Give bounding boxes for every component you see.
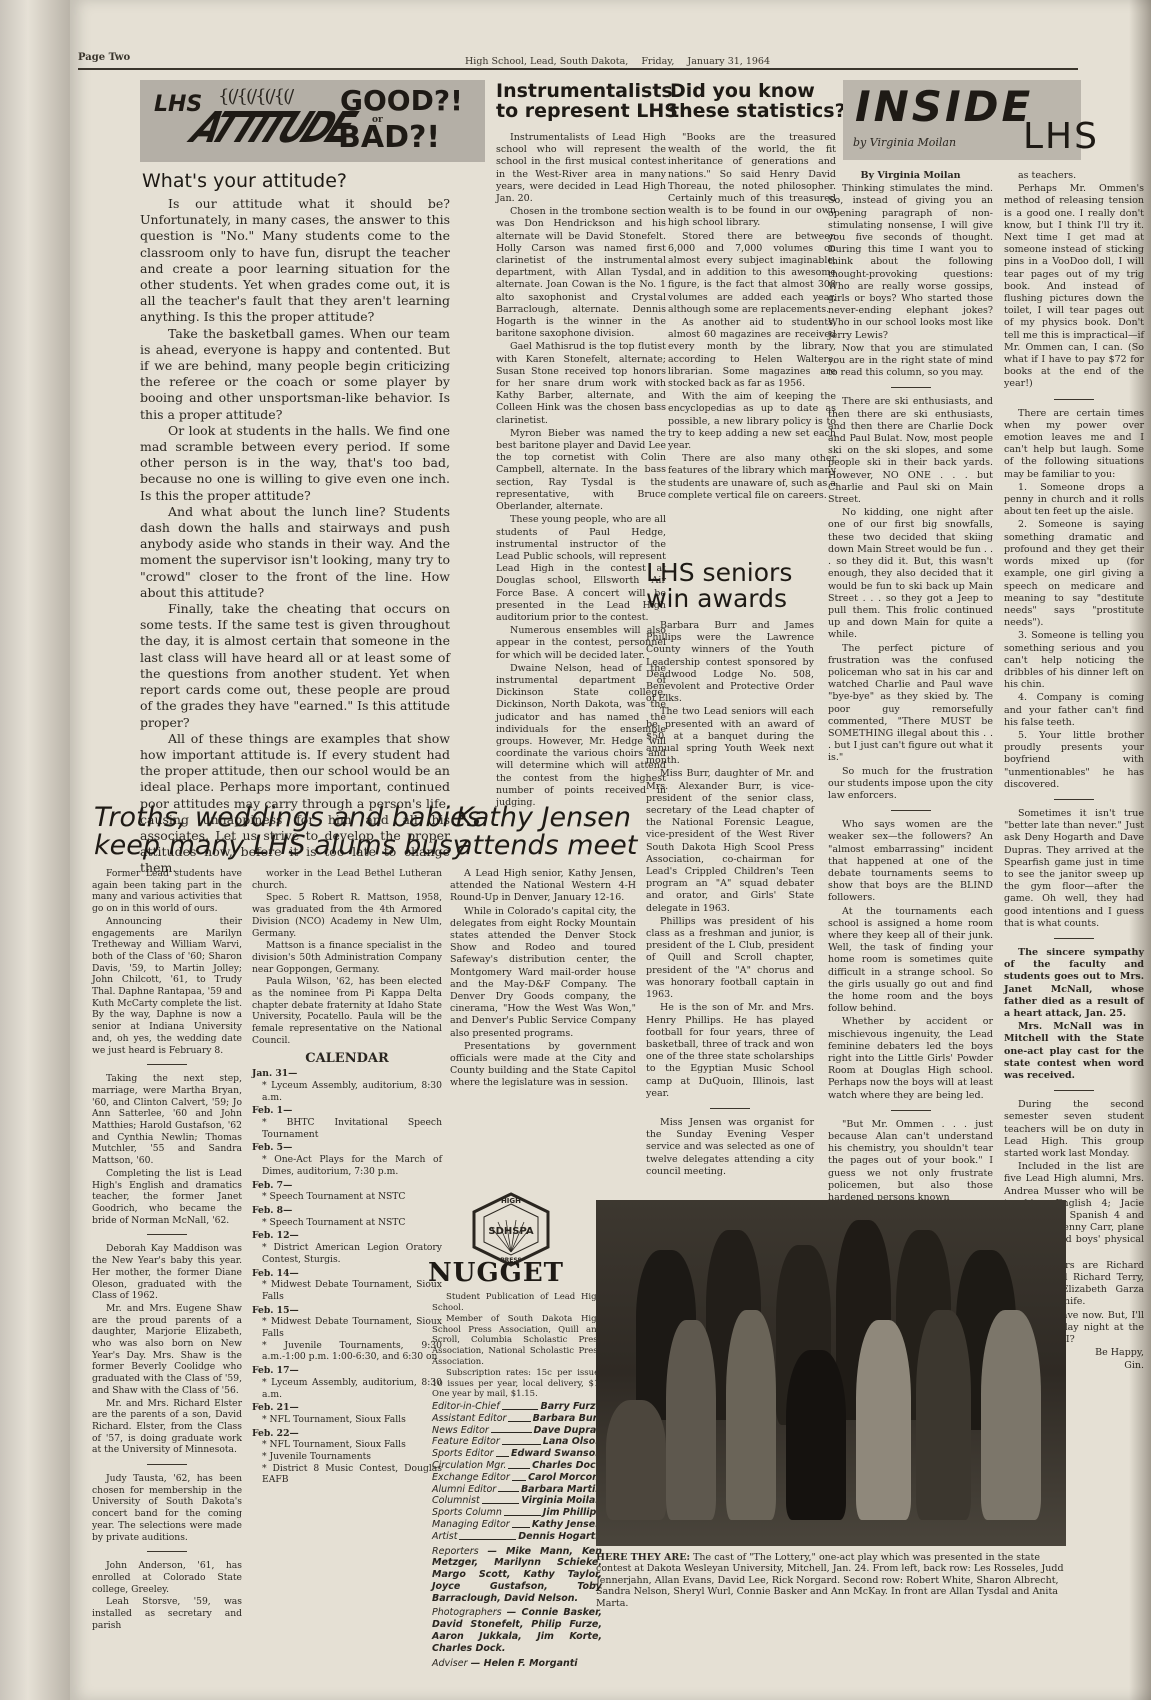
paragraph: Gael Mathisrud is the top flutist with K… bbox=[496, 341, 666, 426]
paragraph: Stored there are between 6,000 and 7,000… bbox=[668, 231, 836, 316]
staff-row: Assistant EditorBarbara Burr bbox=[432, 1413, 602, 1425]
nugget-info: Subscription rates: 15c per issue; 10 is… bbox=[432, 1368, 602, 1400]
calendar-event: * Speech Tournament at NSTC bbox=[252, 1191, 442, 1203]
calendar-entry: Feb. 22—* NFL Tournament, Sioux Falls* J… bbox=[252, 1428, 442, 1487]
calendar-event: * Lyceum Assembly, auditorium, 8:30 a.m. bbox=[252, 1377, 442, 1400]
paragraph: No kidding, one night after one of our f… bbox=[828, 507, 993, 641]
paragraph: 3. Someone is telling you something seri… bbox=[1004, 630, 1144, 691]
divider bbox=[1054, 938, 1094, 939]
calendar-entry: Feb. 21—* NFL Tournament, Sioux Falls bbox=[252, 1402, 442, 1425]
divider bbox=[891, 387, 931, 388]
paragraph: Perhaps Mr. Ommen's method of releasing … bbox=[1004, 183, 1144, 390]
paragraph: 2. Someone is saying something dramatic … bbox=[1004, 519, 1144, 629]
calendar-date: Feb. 21— bbox=[252, 1402, 442, 1414]
staff-photographers: Photographers — Connie Basker, David Sto… bbox=[432, 1607, 602, 1654]
divider bbox=[147, 1064, 187, 1065]
attitude-article-body: Is our attitude what it should be? Unfor… bbox=[140, 196, 450, 877]
publication-date: January 31, 1964 bbox=[687, 56, 770, 67]
banner-lhs: LHS bbox=[154, 92, 202, 117]
banner-good: GOOD?! bbox=[340, 84, 463, 117]
calendar-event: * NFL Tournament, Sioux Falls bbox=[252, 1439, 442, 1451]
calendar-entry: Feb. 14—* Midwest Debate Tournament, Sio… bbox=[252, 1268, 442, 1303]
attitude-banner: LHS {(/{(/{(/{(/ ATTITUDE GOOD?! or BAD?… bbox=[140, 80, 485, 162]
inside-title-lhs: LHS bbox=[1023, 116, 1099, 157]
divider bbox=[1054, 1090, 1094, 1091]
attitude-headline: What's your attitude? bbox=[142, 170, 347, 192]
calendar-entry: Feb. 7—* Speech Tournament at NSTC bbox=[252, 1180, 442, 1203]
paragraph: "Books are the treasured wealth of the w… bbox=[668, 132, 836, 230]
calendar-event: * Juvenile Tournaments, 9:30 a.m.-1:00 p… bbox=[252, 1340, 442, 1363]
calendar-date: Feb. 14— bbox=[252, 1268, 442, 1280]
publication-name: High School, Lead, South Dakota, bbox=[465, 56, 628, 67]
paragraph: As another aid to students, almost 60 ma… bbox=[668, 317, 836, 390]
paragraph: Instrumentalists of Lead High school who… bbox=[496, 132, 666, 205]
paragraph: Miss Burr, daughter of Mr. and Mrs. Alex… bbox=[646, 768, 814, 914]
headline-line: these statistics? bbox=[670, 102, 846, 122]
paragraph: Announcing their engagements are Marilyn… bbox=[92, 916, 242, 1056]
divider bbox=[710, 1108, 750, 1109]
staff-reporters: Reporters — Mike Mann, Ken Metzger, Mari… bbox=[432, 1546, 602, 1605]
photo-caption: HERE THEY ARE: The cast of "The Lottery,… bbox=[596, 1552, 1076, 1609]
paragraph: Take the basketball games. When our team… bbox=[140, 326, 450, 423]
calendar-date: Feb. 15— bbox=[252, 1305, 442, 1317]
headline-line: Kathy Jensen bbox=[456, 804, 637, 832]
paragraph: At the tournaments each school is assign… bbox=[828, 906, 993, 1016]
caption-lead: HERE THEY ARE: bbox=[596, 1552, 690, 1563]
headline-line: LHS seniors bbox=[646, 560, 792, 586]
paragraph: John Anderson, '61, has enrolled at Colo… bbox=[92, 1560, 242, 1595]
inside-lhs-banner: INSIDE by Virginia Moilan LHS bbox=[843, 80, 1081, 160]
calendar-event: * NFL Tournament, Sioux Falls bbox=[252, 1414, 442, 1426]
divider bbox=[1054, 799, 1094, 800]
calendar-date: Feb. 17— bbox=[252, 1365, 442, 1377]
staff-row: Sports EditorEdward Swanson bbox=[432, 1448, 602, 1460]
troths-headline: Troths, weddings and babies keep many LH… bbox=[94, 804, 481, 861]
paragraph: as teachers. bbox=[1004, 170, 1144, 182]
paragraph: Dwaine Nelson, head of the instrumental … bbox=[496, 663, 666, 809]
divider bbox=[147, 1234, 187, 1235]
paragraph: 5. Your little brother proudly presents … bbox=[1004, 730, 1144, 791]
staff-row: Alumni EditorBarbara Martin bbox=[432, 1484, 602, 1496]
calendar-entry: Feb. 15—* Midwest Debate Tournament, Sio… bbox=[252, 1305, 442, 1364]
paragraph: A Lead High senior, Kathy Jensen, attend… bbox=[450, 868, 636, 905]
paragraph: Phillips was president of his class as a… bbox=[646, 916, 814, 1001]
byline: By Virginia Moilan bbox=[828, 170, 993, 182]
paragraph: Mrs. McNall was in Mitchell with the Sta… bbox=[1004, 1021, 1144, 1082]
staff-row: ColumnistVirginia Moilan bbox=[432, 1495, 602, 1507]
calendar-date: Feb. 12— bbox=[252, 1230, 442, 1242]
paragraph: Is our attitude what it should be? Unfor… bbox=[140, 196, 450, 326]
svg-text:HIGH: HIGH bbox=[501, 1197, 521, 1205]
calendar-event: * Speech Tournament at NSTC bbox=[252, 1217, 442, 1229]
calendar-event: * District American Legion Oratory Conte… bbox=[252, 1242, 442, 1265]
paragraph: Mr. and Mrs. Richard Elster are the pare… bbox=[92, 1398, 242, 1457]
staff-row: Feature EditorLana Olson bbox=[432, 1436, 602, 1448]
paragraph: Whether by accident or mischievous ingen… bbox=[828, 1016, 993, 1101]
paragraph: "But Mr. Ommen . . . just because Alan c… bbox=[828, 1119, 993, 1204]
seniors-article-body: Barbara Burr and James Phillips were the… bbox=[646, 620, 814, 1179]
paragraph: Mattson is a finance specialist in the d… bbox=[252, 940, 442, 975]
staff-row: Editor-in-ChiefBarry Furze bbox=[432, 1401, 602, 1413]
divider bbox=[891, 810, 931, 811]
paragraph: Miss Jensen was organist for the Sunday … bbox=[646, 1117, 814, 1178]
paragraph: So much for the frustration our students… bbox=[828, 766, 993, 803]
kathy-jensen-article-body: A Lead High senior, Kathy Jensen, attend… bbox=[450, 868, 636, 1091]
seniors-headline: LHS seniors win awards bbox=[646, 560, 792, 613]
svg-text:SDHSPA: SDHSPA bbox=[488, 1226, 533, 1237]
nugget-title: NUGGET bbox=[428, 1258, 564, 1288]
divider bbox=[891, 1110, 931, 1111]
paragraph: These young people, who are all students… bbox=[496, 514, 666, 624]
paragraph: Thinking stimulates the mind. So, instea… bbox=[828, 183, 993, 342]
paragraph: While in Colorado's capital city, the de… bbox=[450, 906, 636, 1040]
paragraph: Completing the list is Lead High's Engli… bbox=[92, 1168, 242, 1227]
paragraph: Who says women are the weaker sex—the fo… bbox=[828, 819, 993, 904]
headline-line: to represent LHS bbox=[496, 102, 678, 122]
paragraph: Taking the next step, marriage, were Mar… bbox=[92, 1073, 242, 1167]
calendar-entry: Feb. 1—* BHTC Invitational Speech Tourna… bbox=[252, 1105, 442, 1140]
calendar: Jan. 31—* Lyceum Assembly, auditorium, 8… bbox=[252, 1068, 442, 1486]
calendar-entry: Feb. 5—* One-Act Plays for the March of … bbox=[252, 1142, 442, 1177]
instrumentalists-article-body: Instrumentalists of Lead High school who… bbox=[496, 132, 666, 810]
statistics-article-body: "Books are the treasured wealth of the w… bbox=[668, 132, 836, 503]
calendar-date: Feb. 8— bbox=[252, 1205, 442, 1217]
staff-row: Exchange EditorCarol Morcom bbox=[432, 1472, 602, 1484]
paragraph: The sincere sympathy of the faculty and … bbox=[1004, 947, 1144, 1020]
paragraph: Leah Storsve, '59, was installed as secr… bbox=[92, 1596, 242, 1631]
paragraph: 1. Someone drops a penny in church and i… bbox=[1004, 482, 1144, 519]
calendar-title: CALENDAR bbox=[252, 1053, 442, 1065]
press-association-seal-icon: HIGH SDHSPA PRESS bbox=[466, 1192, 556, 1267]
staff-row: ArtistDennis Hogarth bbox=[432, 1531, 602, 1543]
paragraph: The perfect picture of frustration was t… bbox=[828, 643, 993, 765]
calendar-entry: Jan. 31—* Lyceum Assembly, auditorium, 8… bbox=[252, 1068, 442, 1103]
paragraph: Presentations by government officials we… bbox=[450, 1041, 636, 1090]
calendar-entry: Feb. 8—* Speech Tournament at NSTC bbox=[252, 1205, 442, 1228]
inside-lhs-col2: as teachers. Perhaps Mr. Ommen's method … bbox=[1004, 170, 1144, 1374]
paragraph: worker in the Lead Bethel Lutheran churc… bbox=[252, 868, 442, 891]
cast-photo bbox=[596, 1200, 1066, 1546]
masthead: Page Two High School, Lead, South Dakota… bbox=[78, 50, 1078, 70]
calendar-entry: Feb. 12—* District American Legion Orato… bbox=[252, 1230, 442, 1265]
headline-line: win awards bbox=[646, 586, 792, 612]
staff-adviser: Adviser — Helen F. Morganti bbox=[432, 1658, 602, 1670]
calendar-event: * Lyceum Assembly, auditorium, 8:30 a.m. bbox=[252, 1080, 442, 1103]
headline-line: keep many LHS alums busy bbox=[94, 832, 481, 860]
nugget-info: Member of South Dakota High School Press… bbox=[432, 1314, 602, 1367]
paragraph: Or look at students in the halls. We fin… bbox=[140, 423, 450, 504]
headline-line: Troths, weddings and babies bbox=[94, 804, 481, 832]
calendar-entry: Feb. 17—* Lyceum Assembly, auditorium, 8… bbox=[252, 1365, 442, 1400]
calendar-event: * Midwest Debate Tournament, Sioux Falls bbox=[252, 1279, 442, 1302]
paragraph: Judy Tausta, '62, has been chosen for me… bbox=[92, 1473, 242, 1543]
staff-row: Sports ColumnJim Phillips bbox=[432, 1507, 602, 1519]
inside-lhs-col1: By Virginia Moilan Thinking stimulates t… bbox=[828, 170, 993, 1205]
paragraph: Numerous ensembles will also appear in t… bbox=[496, 625, 666, 662]
paragraph: Former Lead students have again been tak… bbox=[92, 868, 242, 915]
paragraph: The two Lead seniors will each be presen… bbox=[646, 706, 814, 767]
calendar-date: Feb. 7— bbox=[252, 1180, 442, 1192]
instrumentalists-headline: Instrumentalists to represent LHS bbox=[496, 82, 678, 122]
headline-line: Instrumentalists bbox=[496, 82, 678, 102]
paragraph: Spec. 5 Robert R. Mattson, 1958, was gra… bbox=[252, 892, 442, 939]
page-edge bbox=[0, 0, 70, 1700]
paragraph: With the aim of keeping the encyclopedia… bbox=[668, 391, 836, 452]
divider bbox=[147, 1464, 187, 1465]
nugget-info: Student Publication of Lead High School. bbox=[432, 1292, 602, 1313]
statistics-headline: Did you know these statistics? bbox=[670, 82, 846, 122]
paragraph: He is the son of Mr. and Mrs. Henry Phil… bbox=[646, 1002, 814, 1100]
kathy-jensen-headline: Kathy Jensen attends meet bbox=[456, 804, 637, 861]
page-number: Page Two bbox=[78, 52, 130, 63]
troths-col2: worker in the Lead Bethel Lutheran churc… bbox=[252, 868, 442, 1486]
paragraph: During the second semester seven student… bbox=[1004, 1099, 1144, 1160]
paragraph: There are ski enthusiasts, and then ther… bbox=[828, 396, 993, 506]
calendar-event: * BHTC Invitational Speech Tournament bbox=[252, 1117, 442, 1140]
staff-row: News EditorDave Dupras bbox=[432, 1425, 602, 1437]
page-fold-shadow bbox=[1129, 0, 1151, 1700]
banner-bad: BAD?! bbox=[338, 120, 440, 155]
paragraph: Chosen in the trombone section was Don H… bbox=[496, 206, 666, 340]
calendar-date: Jan. 31— bbox=[252, 1068, 442, 1080]
headline-line: attends meet bbox=[456, 832, 637, 860]
divider bbox=[147, 1551, 187, 1552]
paragraph: There are also many other features of th… bbox=[668, 453, 836, 502]
divider bbox=[1054, 399, 1094, 400]
publication-day: Friday, bbox=[641, 56, 674, 67]
calendar-event: * Midwest Debate Tournament, Sioux Falls bbox=[252, 1316, 442, 1339]
paragraph: Sometimes it isn't true "better late tha… bbox=[1004, 808, 1144, 930]
calendar-event: * One-Act Plays for the March of Dimes, … bbox=[252, 1154, 442, 1177]
inside-title: INSIDE bbox=[855, 82, 1033, 131]
calendar-event: * Juvenile Tournaments bbox=[252, 1451, 442, 1463]
staff-row: Circulation Mgr.Charles Dock bbox=[432, 1460, 602, 1472]
paragraph: There are certain times when my power ov… bbox=[1004, 408, 1144, 481]
paragraph: Deborah Kay Maddison was the New Year's … bbox=[92, 1243, 242, 1302]
calendar-event: * District 8 Music Contest, Douglas EAFB bbox=[252, 1463, 442, 1486]
staff-row: Managing EditorKathy Jensen bbox=[432, 1519, 602, 1531]
paragraph: Finally, take the cheating that occurs o… bbox=[140, 601, 450, 731]
publication-line: High School, Lead, South Dakota, Friday,… bbox=[465, 56, 780, 67]
paragraph: 4. Company is coming and your father can… bbox=[1004, 692, 1144, 729]
banner-attitude-word: ATTITUDE bbox=[183, 103, 359, 153]
paragraph: Paula Wilson, '62, has been elected as t… bbox=[252, 976, 442, 1046]
paragraph: Mr. and Mrs. Eugene Shaw are the proud p… bbox=[92, 1303, 242, 1397]
paragraph: Now that you are stimulated you are in t… bbox=[828, 343, 993, 380]
paragraph: Myron Bieber was named the best baritone… bbox=[496, 428, 666, 513]
nugget-staff-box: Student Publication of Lead High School.… bbox=[432, 1292, 602, 1669]
paragraph: And what about the lunch line? Students … bbox=[140, 504, 450, 601]
troths-col1: Former Lead students have again been tak… bbox=[92, 868, 242, 1632]
headline-line: Did you know bbox=[670, 82, 846, 102]
calendar-date: Feb. 22— bbox=[252, 1428, 442, 1440]
calendar-date: Feb. 5— bbox=[252, 1142, 442, 1154]
calendar-date: Feb. 1— bbox=[252, 1105, 442, 1117]
paragraph: Barbara Burr and James Phillips were the… bbox=[646, 620, 814, 705]
banner-byline: by Virginia Moilan bbox=[853, 136, 956, 149]
